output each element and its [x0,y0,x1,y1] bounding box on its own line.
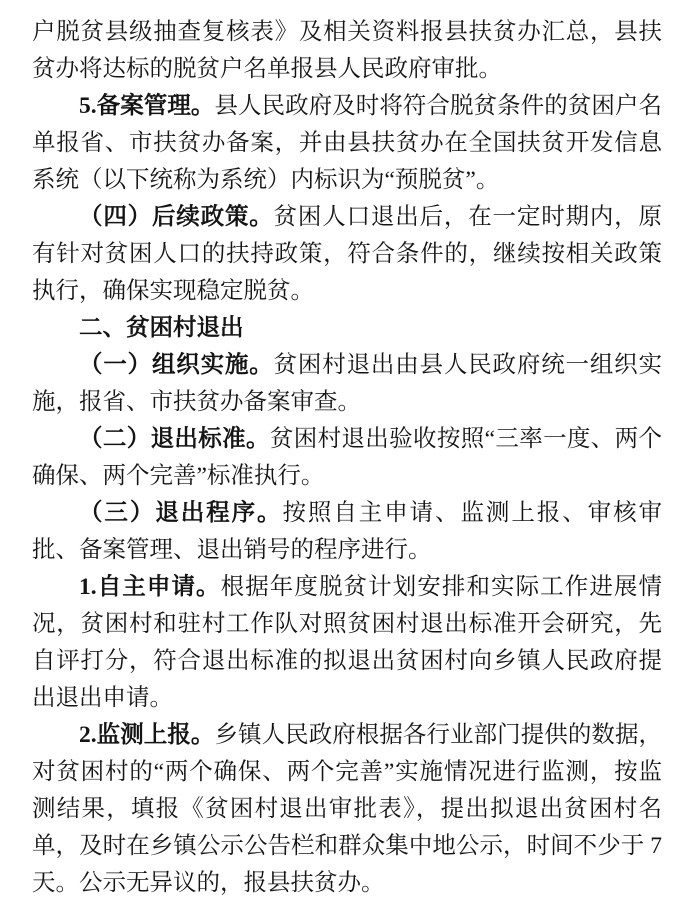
paragraph-lead: （二）退出标准。 [79,426,270,452]
document-page: 户脱贫县级抽查复核表》及相关资料报县扶贫办汇总，县扶贫办将达标的脱贫户名单报县人… [0,0,692,920]
paragraph-lead: 5.备案管理。 [79,93,214,119]
paragraph-lead: （四）后续政策。 [79,204,274,230]
paragraph-lead: 2.监测上报。 [79,722,214,748]
paragraph-text: 乡镇人民政府根据各行业部门提供的数据，对贫困村的“两个确保、两个完善”实施情况进… [32,722,662,896]
paragraph-lead: （一）组织实施。 [79,352,274,378]
paragraph-exit-criteria: （二）退出标准。贫困村退出验收按照“三率一度、两个确保、两个完善”标准执行。 [32,421,662,495]
paragraph-monitor-report: 2.监测上报。乡镇人民政府根据各行业部门提供的数据，对贫困村的“两个确保、两个完… [32,717,662,902]
paragraph-organize-implement: （一）组织实施。贫困村退出由县人民政府统一组织实施，报省、市扶贫办备案审查。 [32,347,662,421]
paragraph-filing-management: 5.备案管理。县人民政府及时将符合脱贫条件的贫困户名单报省、市扶贫办备案，并由县… [32,88,662,199]
paragraph-followup-policy: （四）后续政策。贫困人口退出后，在一定时期内，原有针对贫困人口的扶持政策，符合条… [32,199,662,310]
paragraph-lead: （三）退出程序。 [79,500,282,526]
paragraph-exit-procedure: （三）退出程序。按照自主申请、监测上报、审核审批、备案管理、退出销号的程序进行。 [32,495,662,569]
paragraph-continuation: 户脱贫县级抽查复核表》及相关资料报县扶贫办汇总，县扶贫办将达标的脱贫户名单报县人… [32,14,662,88]
paragraph-lead: 1.自主申请。 [79,574,221,600]
paragraph-text: 户脱贫县级抽查复核表》及相关资料报县扶贫办汇总，县扶贫办将达标的脱贫户名单报县人… [32,19,662,82]
section-heading-village-exit: 二、贫困村退出 [32,310,662,347]
paragraph-self-application: 1.自主申请。根据年度脱贫计划安排和实际工作进展情况，贫困村和驻村工作队对照贫困… [32,569,662,717]
section-heading-text: 二、贫困村退出 [79,315,244,341]
